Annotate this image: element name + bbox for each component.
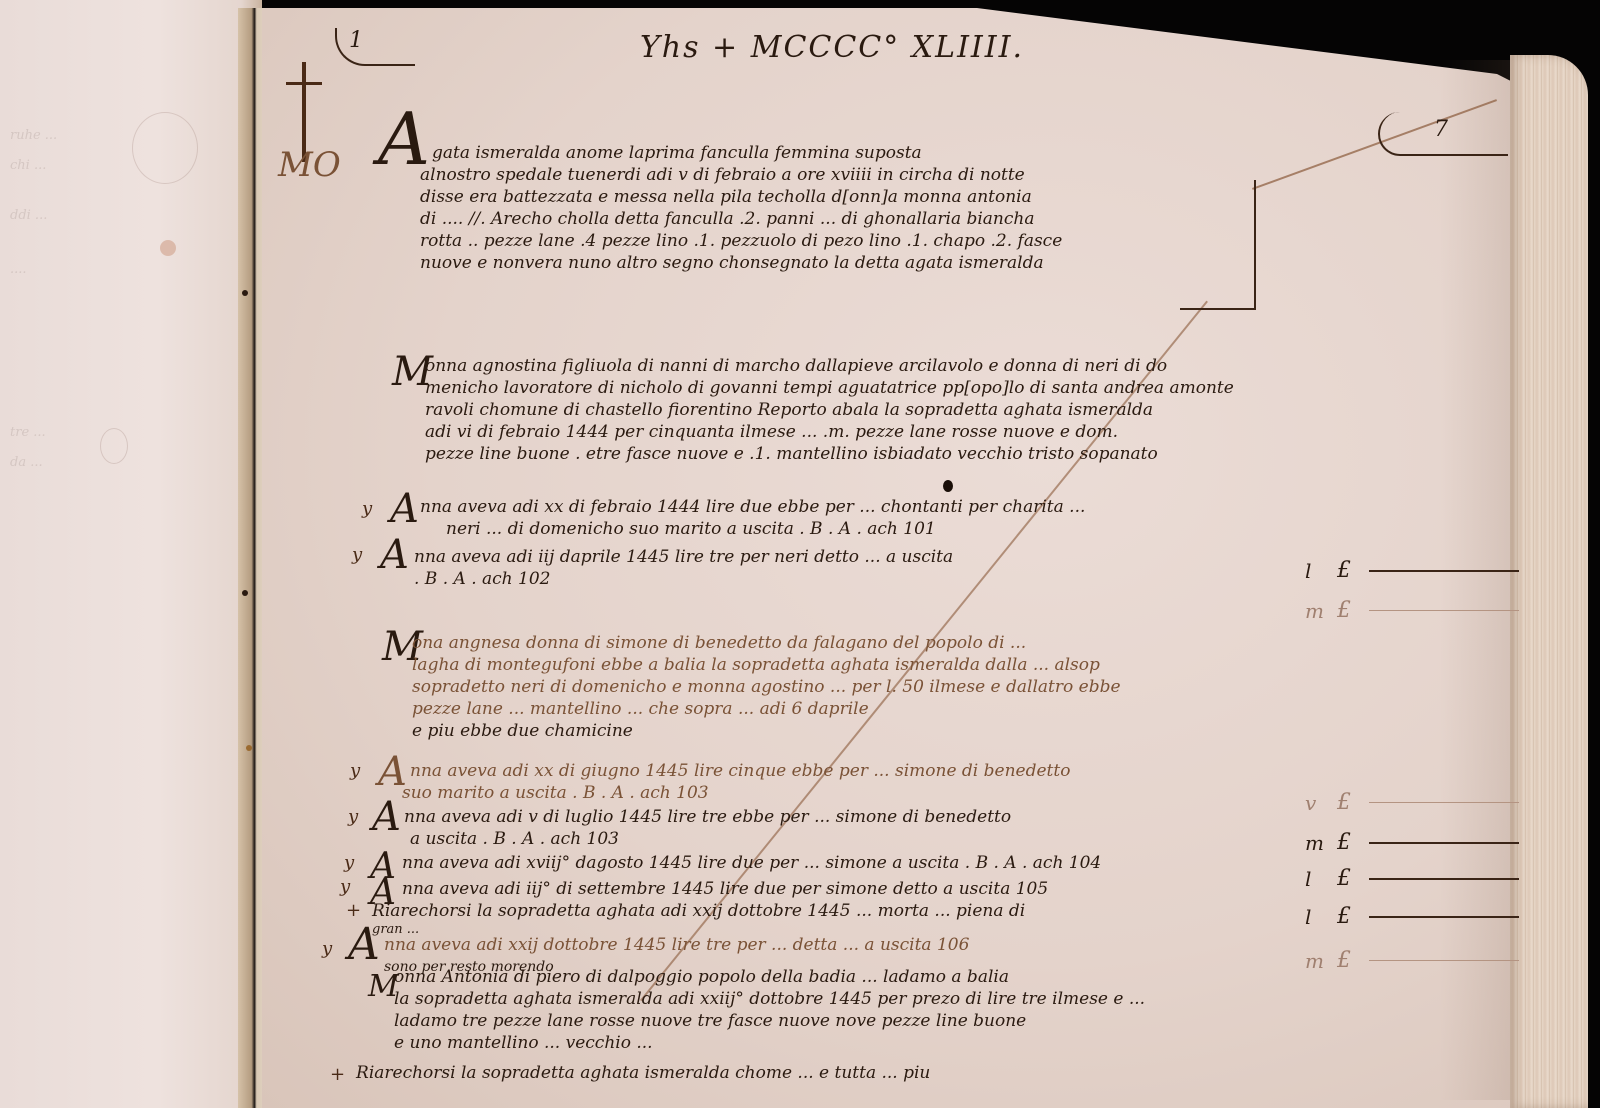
margin-account-row: l £ bbox=[1305, 558, 1519, 583]
margin-rule bbox=[1369, 802, 1519, 804]
lira-icon: £ bbox=[1337, 830, 1359, 855]
lira-icon: £ bbox=[1337, 558, 1359, 583]
entry-monna-antonia: onna Antonia di piero di dalpoggio popol… bbox=[394, 966, 1145, 1054]
entry-line: Riarechorsi la sopradetta aghata ismeral… bbox=[356, 1062, 930, 1084]
invocation-heading: Yhs + MCCCC° XLIIII. bbox=[640, 30, 1024, 65]
entry-line: di .... //. Arecho cholla detta fanculla… bbox=[420, 208, 1062, 230]
left-page: ruhe ... chi ... ddi ... .... tre ... da… bbox=[0, 0, 262, 1108]
bleed-through-text: .... bbox=[10, 262, 27, 277]
entry-tick: y bbox=[362, 498, 372, 519]
entry-initial: A bbox=[372, 790, 401, 844]
lira-icon: £ bbox=[1337, 948, 1359, 973]
margin-mark: l bbox=[1305, 905, 1327, 929]
entry-monna-agnesa: ona angnesa donna di simone di benedetto… bbox=[412, 632, 1121, 742]
entry-payment-2: nna aveva adi iij daprile 1445 lire tre … bbox=[414, 546, 953, 590]
entry-initial: A bbox=[380, 528, 409, 582]
entry-line: nna aveva adi iij° di settembre 1445 lir… bbox=[402, 878, 1048, 900]
margin-rule bbox=[1369, 960, 1519, 962]
binding-stitch bbox=[242, 290, 248, 296]
folio-number-right: 7 bbox=[1378, 112, 1508, 156]
margin-mark: v bbox=[1305, 791, 1327, 815]
entry-line: e piu ebbe due chamicine bbox=[412, 720, 1121, 742]
entry-tick: y bbox=[348, 806, 358, 827]
page-edges bbox=[1510, 55, 1588, 1108]
margin-rule bbox=[1369, 570, 1519, 572]
bleed-through-text: tre ... bbox=[10, 425, 46, 440]
entry-line: gata ismeralda anome laprima fanculla fe… bbox=[432, 142, 1062, 164]
entry-return-1: Riarechorsi la sopradetta aghata adi xxi… bbox=[372, 900, 1025, 938]
entry-payment-4: nna aveva adi v di luglio 1445 lire tre … bbox=[404, 806, 1011, 850]
entry-payment-6: nna aveva adi iij° di settembre 1445 lir… bbox=[402, 878, 1048, 900]
entry-line: a uscita . B . A . ach 103 bbox=[410, 828, 1011, 850]
entry-bracket bbox=[1180, 180, 1256, 310]
entry-line: nna aveva adi xx di giugno 1445 lire cin… bbox=[410, 760, 1070, 782]
margin-label: MO bbox=[278, 145, 341, 185]
lira-icon: £ bbox=[1337, 866, 1359, 891]
entry-tick: y bbox=[340, 876, 350, 897]
margin-mark: m bbox=[1305, 599, 1327, 623]
entry-tick: y bbox=[350, 760, 360, 781]
bleed-through-initial bbox=[132, 112, 198, 184]
entry-line: nna aveva adi iij daprile 1445 lire tre … bbox=[414, 546, 953, 568]
margin-rule bbox=[1369, 878, 1519, 880]
lira-icon: £ bbox=[1337, 790, 1359, 815]
entry-line: lagha di montegufoni ebbe a balia la sop… bbox=[412, 654, 1121, 676]
margin-mark: m bbox=[1305, 949, 1327, 973]
entry-line: menicho lavoratore di nicholo di govanni… bbox=[425, 377, 1234, 399]
entry-line: e uno mantellino ... vecchio ... bbox=[394, 1032, 1145, 1054]
entry-tick: + bbox=[330, 1064, 345, 1085]
entry-line: ona angnesa donna di simone di benedetto… bbox=[412, 632, 1121, 654]
entry-agata-admission: gata ismeralda anome laprima fanculla fe… bbox=[432, 142, 1062, 274]
entry-line: pezze lane ... mantellino ... che sopra … bbox=[412, 698, 1121, 720]
entry-line: nna aveva adi xxij dottobre 1445 lire tr… bbox=[384, 934, 969, 956]
entry-line: rotta .. pezze lane .4 pezze lino .1. pe… bbox=[420, 230, 1062, 252]
ink-blot bbox=[943, 480, 953, 492]
bleed-through-text: ddi ... bbox=[10, 208, 47, 223]
entry-line: disse era battezzata e messa nella pila … bbox=[420, 186, 1062, 208]
margin-account-row: l £ bbox=[1305, 904, 1519, 929]
margin-rule bbox=[1369, 842, 1519, 844]
entry-line: onna Antonia di piero di dalpoggio popol… bbox=[394, 966, 1145, 988]
bleed-through-text: da ... bbox=[10, 455, 43, 470]
margin-account-row: l £ bbox=[1305, 866, 1519, 891]
entry-line: neri ... di domenicho suo marito a uscit… bbox=[446, 518, 1085, 540]
margin-rule bbox=[1369, 610, 1519, 612]
margin-rule bbox=[1369, 916, 1519, 918]
margin-account-row: v £ bbox=[1305, 790, 1519, 815]
entry-line: ladamo tre pezze lane rosse nuove tre fa… bbox=[394, 1010, 1145, 1032]
entry-line: pezze line buone . etre fasce nuove e .1… bbox=[425, 443, 1234, 465]
entry-initial: A bbox=[378, 112, 430, 166]
entry-line: nna aveva adi xviij° dagosto 1445 lire d… bbox=[402, 852, 1101, 874]
entry-tick: y bbox=[344, 852, 354, 873]
lira-icon: £ bbox=[1337, 598, 1359, 623]
entry-line: . B . A . ach 102 bbox=[414, 568, 953, 590]
entry-tick: y bbox=[322, 938, 332, 959]
entry-line: alnostro spedale tuenerdi adi v di febra… bbox=[420, 164, 1062, 186]
margin-mark: m bbox=[1305, 831, 1327, 855]
binding-stitch bbox=[242, 590, 248, 596]
entry-payment-5: nna aveva adi xviij° dagosto 1445 lire d… bbox=[402, 852, 1101, 874]
margin-mark: l bbox=[1305, 867, 1327, 891]
entry-line: onna agnostina figliuola di nanni di mar… bbox=[425, 355, 1234, 377]
margin-mark: l bbox=[1305, 559, 1327, 583]
margin-account-row: m £ bbox=[1305, 948, 1519, 973]
entry-line: Riarechorsi la sopradetta aghata adi xxi… bbox=[372, 900, 1025, 922]
bleed-through-text: chi ... bbox=[10, 158, 46, 173]
entry-line: nna aveva adi xx di febraio 1444 lire du… bbox=[420, 496, 1085, 518]
entry-payment-1: nna aveva adi xx di febraio 1444 lire du… bbox=[420, 496, 1085, 540]
entry-line: nuove e nonvera nuno altro segno chonseg… bbox=[420, 252, 1062, 274]
entry-line: suo marito a uscita . B . A . ach 103 bbox=[402, 782, 1070, 804]
entry-line: adi vi di febraio 1444 per cinquanta ilm… bbox=[425, 421, 1234, 443]
entry-payment-3: nna aveva adi xx di giugno 1445 lire cin… bbox=[410, 760, 1070, 804]
ink-stain bbox=[160, 240, 176, 256]
folio-number-left: 1 bbox=[335, 28, 415, 66]
entry-line: nna aveva adi v di luglio 1445 lire tre … bbox=[404, 806, 1011, 828]
margin-account-row: m £ bbox=[1305, 598, 1519, 623]
entry-line: ravoli chomune di chastello fiorentino R… bbox=[425, 399, 1234, 421]
entry-monna-agostina: onna agnostina figliuola di nanni di mar… bbox=[425, 355, 1234, 465]
lira-icon: £ bbox=[1337, 904, 1359, 929]
entry-line: la sopradetta aghata ismeralda adi xxiij… bbox=[394, 988, 1145, 1010]
binding-stitch bbox=[246, 745, 252, 751]
entry-tick: y bbox=[352, 544, 362, 565]
entry-return-2: Riarechorsi la sopradetta aghata ismeral… bbox=[356, 1062, 930, 1084]
entry-line: sopradetto neri di domenicho e monna ago… bbox=[412, 676, 1121, 698]
margin-account-row: m £ bbox=[1305, 830, 1519, 855]
bleed-through-initial bbox=[100, 428, 128, 464]
bleed-through-text: ruhe ... bbox=[10, 128, 57, 143]
